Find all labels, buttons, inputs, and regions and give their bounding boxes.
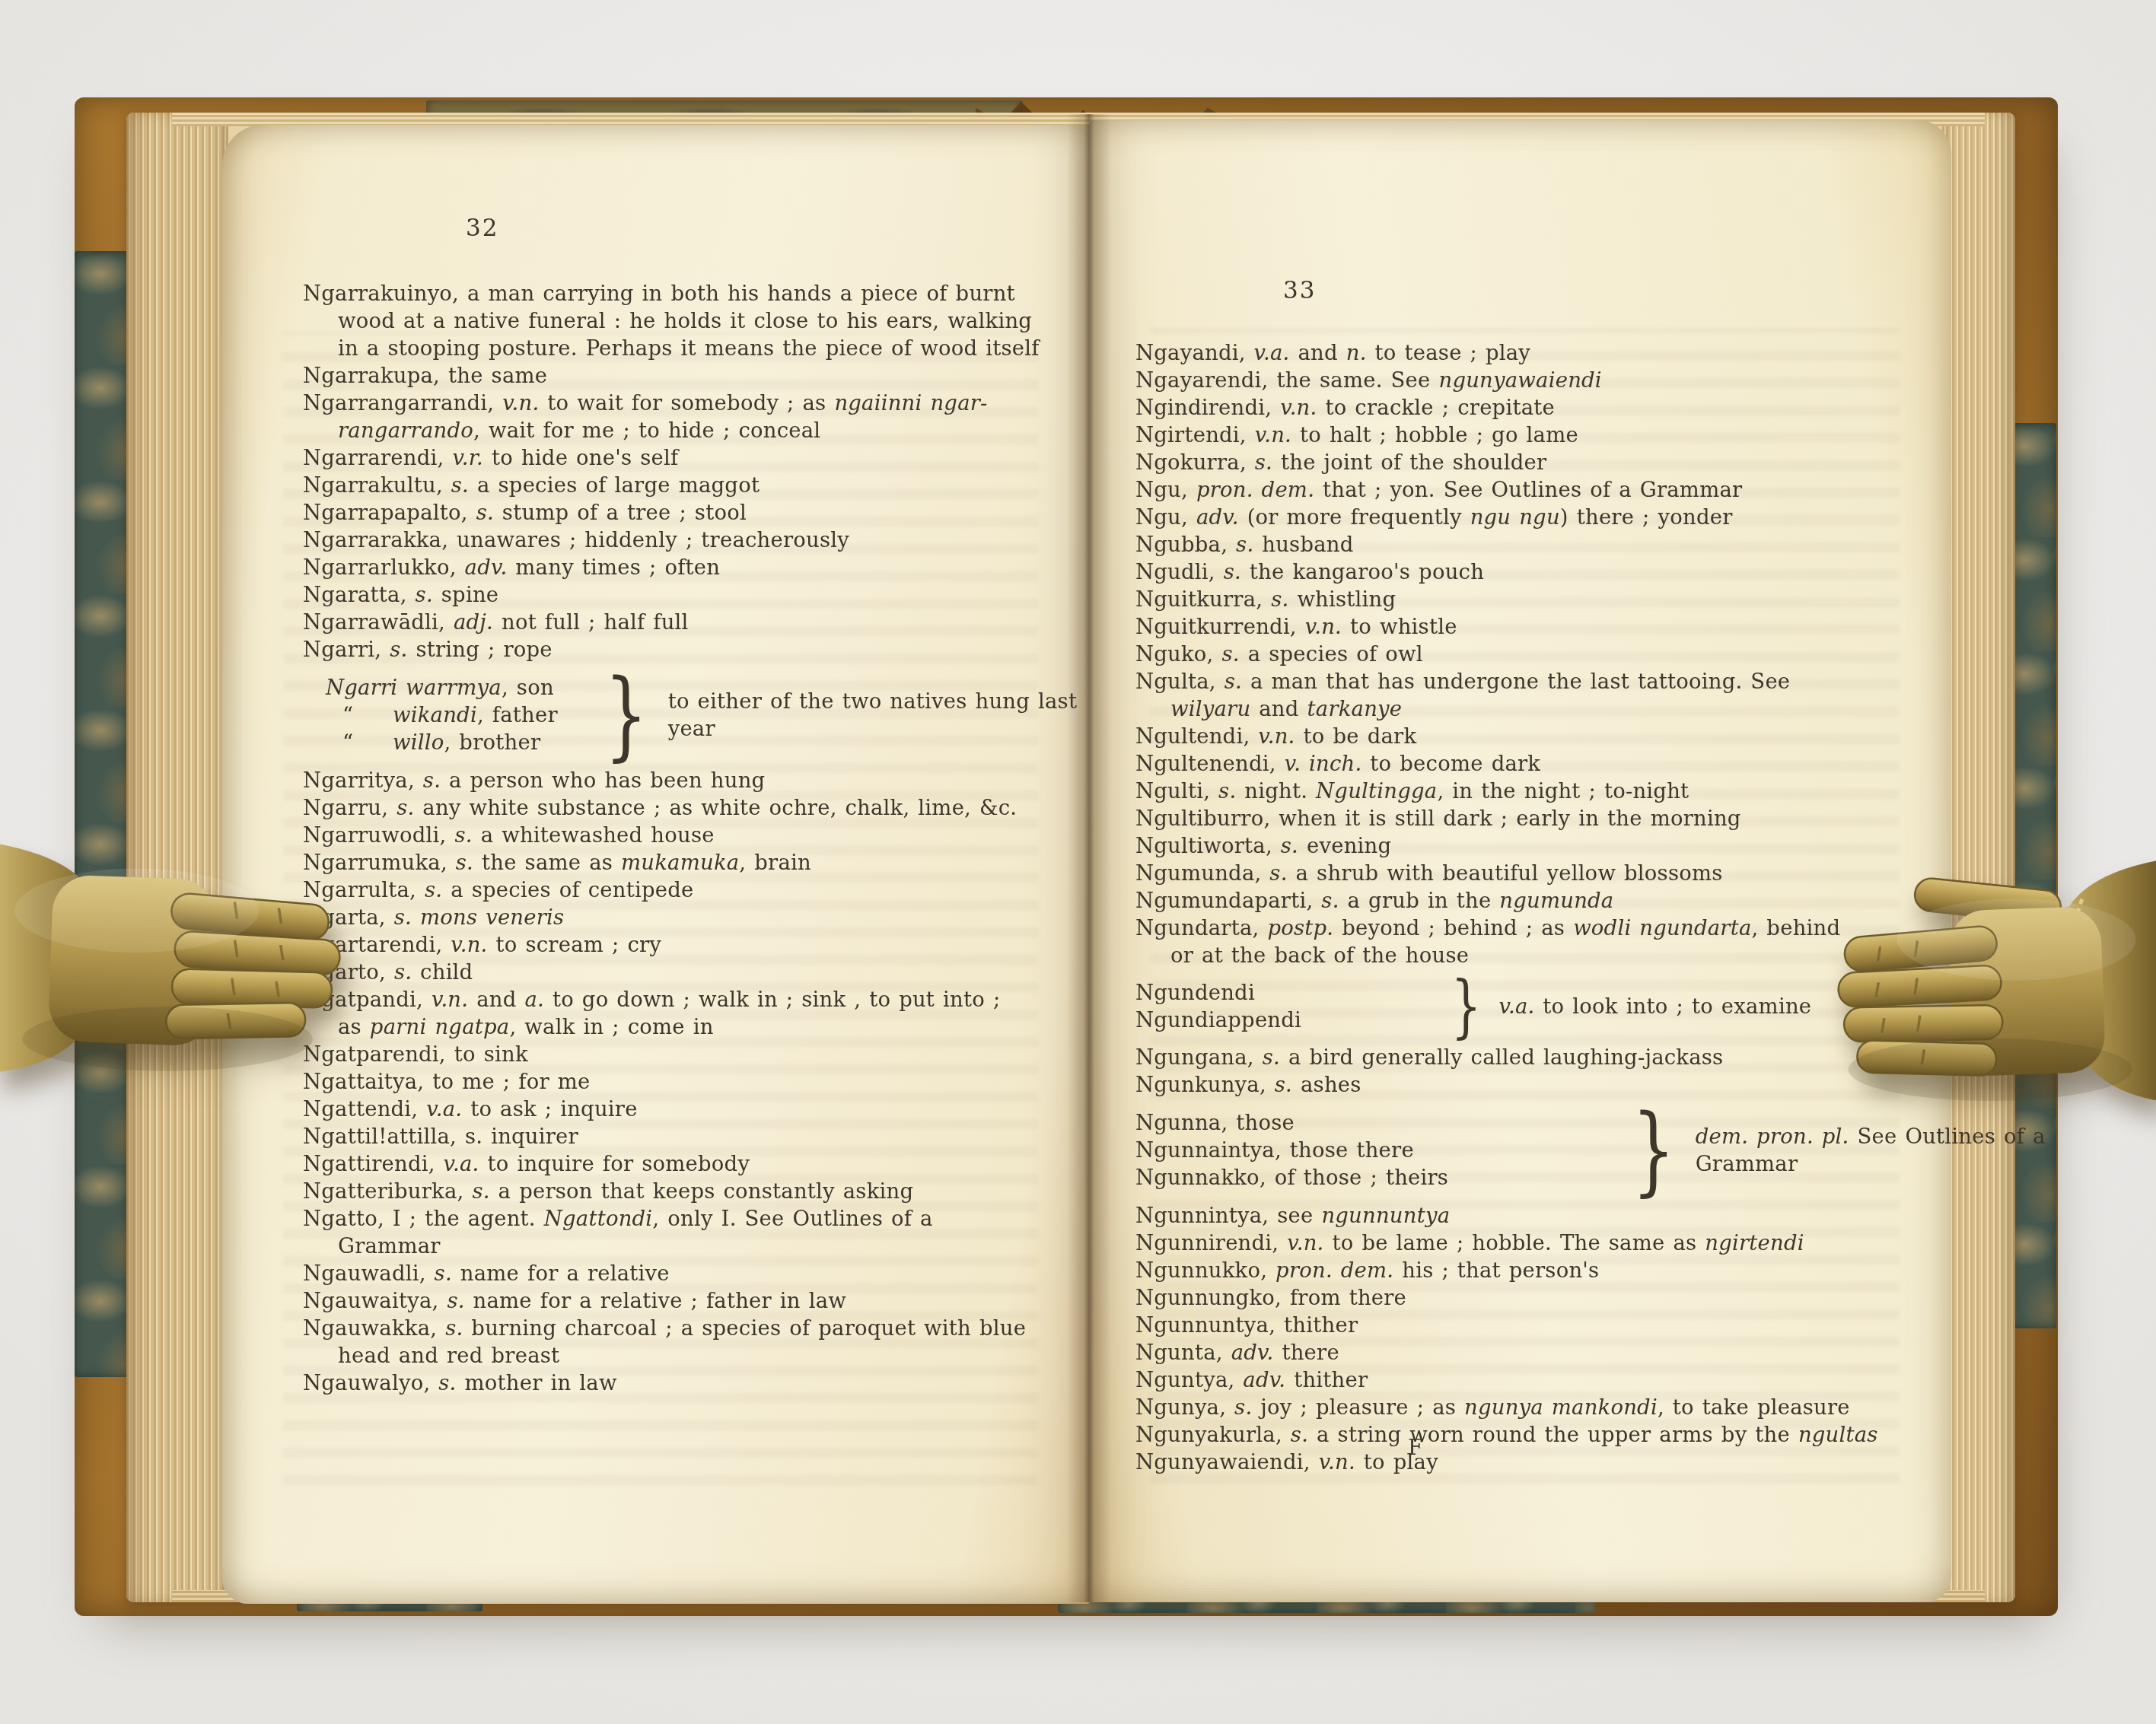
italic-text: s. <box>1321 889 1339 913</box>
dictionary-entry-line: Ngarrarlukko, adv. many times ; often <box>303 554 1026 581</box>
text: Ngauwalyo, <box>303 1371 438 1395</box>
curly-brace-icon: } <box>1632 1102 1675 1199</box>
brace-group-terms: NgundendiNgundiappendi <box>1135 979 1443 1034</box>
italic-text: a. <box>524 988 544 1012</box>
dictionary-entry-line: head and red breast <box>303 1342 1026 1369</box>
dictionary-entry-line: Ngaratta, s. spine <box>303 581 1026 609</box>
text: Nguko, <box>1135 642 1221 666</box>
text: Ngokurra, <box>1135 450 1255 475</box>
italic-text: s. <box>1263 1045 1280 1070</box>
text: not full ; half full <box>493 610 689 635</box>
dictionary-entry-line: Ngudli, s. the kangaroo's pouch <box>1135 558 1866 586</box>
text: Ngulti, <box>1135 779 1218 803</box>
italic-text: s. <box>451 473 469 498</box>
text: , wait for me ; to hide ; conceal <box>473 418 820 443</box>
italic-text: s. <box>435 1261 452 1286</box>
dictionary-entry-line: wilyaru and tarkanye <box>1135 695 1866 723</box>
dictionary-entry-line: Ngattil!attilla, s. inquirer <box>303 1123 1026 1150</box>
text: Ngudli, <box>1135 560 1224 584</box>
dictionary-entry-line: Ngarrawādli, adj. not full ; half full <box>303 609 1026 636</box>
italic-text: v.n. <box>1287 1231 1323 1255</box>
italic-text: s. <box>454 823 472 848</box>
text: year <box>668 717 715 741</box>
dictionary-entry-line: Ngundiappendi <box>1135 1007 1443 1034</box>
text: and <box>468 988 524 1012</box>
text: Ngundendi <box>1135 981 1255 1005</box>
text: Ngarrarendi, <box>303 446 452 470</box>
text: Ngunnungko, from there <box>1135 1286 1406 1310</box>
text: Ngattil!attilla, s. inquirer <box>303 1124 578 1149</box>
italic-text: ngultas <box>1798 1423 1878 1447</box>
dictionary-entry-line: as parni ngatpa, walk in ; come in <box>303 1013 1026 1041</box>
ditto-mark: “ <box>326 729 393 756</box>
dictionary-entry-line: dem. pron. pl. See Outlines of a <box>1696 1123 2046 1150</box>
italic-text: wodli ngundarta <box>1573 916 1751 940</box>
italic-text: s. <box>1221 642 1239 666</box>
text: , brain <box>739 851 811 875</box>
text: Ngayarendi, the same. See <box>1135 368 1438 393</box>
text: Ngarru, <box>303 796 396 820</box>
italic-text: adv. <box>1196 505 1239 530</box>
italic-text: ngunyawaiendi <box>1438 368 1601 393</box>
text: the joint of the shoulder <box>1272 450 1546 475</box>
text: Ngumundaparti, <box>1135 889 1321 913</box>
italic-text: parni ngatpa <box>370 1015 510 1039</box>
dictionary-entry-line: Ngu, adv. (or more frequently ngu ngu) t… <box>1135 504 1866 531</box>
brace-group-definition: to either of the two natives hung lastye… <box>659 688 1078 743</box>
dictionary-entry-line: Nguitkurra, s. whistling <box>1135 586 1866 613</box>
dictionary-entry-line: Ngarri, s. string ; rope <box>303 636 1026 663</box>
dictionary-entry-line: Ngarruwodli, s. a whitewashed house <box>303 822 1026 849</box>
dictionary-entry-line: Ngarri warrmya, son <box>326 674 594 701</box>
italic-text: s. <box>396 796 414 820</box>
dictionary-entry-line: Ngatteriburka, s. a person that keeps co… <box>303 1178 1026 1205</box>
text: Ngunna, those <box>1135 1111 1295 1135</box>
dictionary-entry-line: Ngatto, I ; the agent. Ngattondi, only I… <box>303 1205 1026 1233</box>
italic-text: s. <box>1224 560 1241 584</box>
italic-text: Ngarri warrmya <box>326 676 502 700</box>
text: Grammar <box>338 1234 441 1258</box>
dictionary-entry-line: wood at a native funeral : he holds it c… <box>303 307 1026 335</box>
text: child <box>412 960 473 984</box>
dictionary-entry-line: Ngumunda, s. a shrub with beautiful yell… <box>1135 860 1866 887</box>
text: Ngirtendi, <box>1135 423 1255 447</box>
dictionary-entry-line: Ngunyakurla, s. a string worn round the … <box>1135 1421 1866 1449</box>
italic-text: s. <box>438 1371 456 1395</box>
text: Ngunnirendi, <box>1135 1231 1287 1255</box>
right-page-text-block: Ngayandi, v.a. and n. to tease ; playNga… <box>1135 339 1866 1476</box>
dictionary-entry-line: Ngayandi, v.a. and n. to tease ; play <box>1135 339 1866 367</box>
dictionary-entry-line: Ngu, pron. dem. that ; yon. See Outlines… <box>1135 476 1866 504</box>
text: a person who has been hung <box>441 768 765 793</box>
italic-text: adj. <box>454 610 493 635</box>
italic-text: s. <box>476 501 494 525</box>
text: there <box>1273 1341 1339 1365</box>
dictionary-entry-line: rangarrando, wait for me ; to hide ; con… <box>303 417 1026 444</box>
dictionary-entry-line: Ngunnungko, from there <box>1135 1284 1866 1312</box>
text: Ngunnintya, see <box>1135 1204 1321 1228</box>
dictionary-entry-line: Ngundarta, postp. beyond ; behind ; as w… <box>1135 914 1866 942</box>
text: Nguitkurra, <box>1135 587 1271 612</box>
text: Ngundiappendi <box>1135 1008 1301 1032</box>
brace-group: Ngunna, thoseNgunnaintya, those thereNgu… <box>1135 1102 1866 1199</box>
dictionary-entry-line: Ngarritya, s. a person who has been hung <box>303 767 1026 794</box>
text: a person that keeps constantly asking <box>490 1179 914 1204</box>
italic-text: s. <box>1234 1395 1252 1420</box>
italic-text: postp. <box>1267 916 1333 940</box>
text: Ngultiburro, when it is still dark ; ear… <box>1135 806 1741 831</box>
dictionary-entry-line: Grammar <box>1696 1150 2046 1178</box>
text: Ngarrapapalto, <box>303 501 476 525</box>
dictionary-entry-line: Ngarrakupa, the same <box>303 362 1026 390</box>
italic-text: s. <box>390 638 407 662</box>
text: many times ; often <box>507 555 720 580</box>
dictionary-entry-line: Ngultenendi, v. inch. to become dark <box>1135 750 1866 778</box>
text: husband <box>1253 533 1353 557</box>
dictionary-entry-line: year <box>668 715 1078 743</box>
dictionary-entry-line: Ngartarendi, v.n. to scream ; cry <box>303 931 1026 959</box>
italic-text: mukamuka <box>621 851 739 875</box>
italic-text: ngaiinni ngar- <box>834 391 987 415</box>
dictionary-entry-line: “wikandi, father <box>326 701 594 729</box>
italic-text: adv. <box>1243 1368 1285 1392</box>
book-gutter <box>1067 114 1111 1602</box>
text: in a stooping posture. Perhaps it means … <box>338 336 1040 361</box>
text: Ngarritya, <box>303 768 423 793</box>
text: to go down ; walk in ; sink , to put int… <box>544 988 1000 1012</box>
italic-text: willo <box>393 730 444 755</box>
text: Ngauwadli, <box>303 1261 435 1286</box>
italic-text: ngirtendi <box>1705 1231 1804 1255</box>
dictionary-entry-line: to either of the two natives hung last <box>668 688 1078 715</box>
italic-text: s. <box>425 878 442 902</box>
text: Ngarrakultu, <box>303 473 451 498</box>
text: or at the back of the house <box>1170 943 1469 968</box>
dictionary-entry-line: Ngunyawaiendi, v.n. to play <box>1135 1449 1866 1476</box>
dictionary-entry-line: Ngunnirendi, v.n. to be lame ; hobble. T… <box>1135 1229 1866 1257</box>
dictionary-entry-line: Ngunta, adv. there <box>1135 1339 1866 1366</box>
text: night. <box>1236 779 1316 803</box>
dictionary-entry-line: Nguitkurrendi, v.n. to whistle <box>1135 613 1866 641</box>
text: to hide one's self <box>483 446 678 470</box>
italic-text: adv. <box>465 555 508 580</box>
text: , in the night ; to-night <box>1437 779 1689 803</box>
dictionary-entry-line: Ngauwaitya, s. name for a relative ; fat… <box>303 1287 1026 1315</box>
text: to look into ; to examine <box>1534 994 1811 1019</box>
italic-text: s. <box>1271 587 1288 612</box>
page-number-33: 33 <box>1283 277 1316 304</box>
text: thither <box>1285 1368 1368 1392</box>
dictionary-entry-line: Ngulti, s. night. Ngultingga, in the nig… <box>1135 778 1866 805</box>
italic-text: s. <box>456 851 473 875</box>
italic-text: ngumunda <box>1499 889 1613 913</box>
text: Ngunnakko, of those ; theirs <box>1135 1166 1448 1190</box>
italic-text: pron. dem. <box>1196 478 1314 502</box>
text: a species of large maggot <box>469 473 760 498</box>
italic-text: v.n. <box>1319 1450 1355 1474</box>
dictionary-entry-line: Ngunnukko, pron. dem. his ; that person'… <box>1135 1257 1866 1284</box>
text: Ngunya, <box>1135 1395 1234 1420</box>
text: Ngayandi, <box>1135 341 1254 365</box>
text: to crackle ; crepitate <box>1317 396 1555 420</box>
italic-text: Ngultingga <box>1316 779 1437 803</box>
marbled-board-left-edge <box>75 251 134 1377</box>
dictionary-entry-line: Ngundendi <box>1135 979 1443 1007</box>
text: and <box>1290 341 1346 365</box>
dictionary-entry-line: Ngattirendi, v.a. to inquire for somebod… <box>303 1150 1026 1178</box>
text: Ngunkunya, <box>1135 1073 1275 1097</box>
text: a bird generally called laughing-jackass <box>1280 1045 1723 1070</box>
text: beyond ; behind ; as <box>1333 916 1573 940</box>
italic-text: s. <box>394 960 412 984</box>
text: the same as <box>473 851 621 875</box>
italic-text: n. <box>1346 341 1367 365</box>
text: to become dark <box>1361 752 1540 776</box>
text: Ngarrangarrandi, <box>303 391 502 415</box>
dictionary-entry-line: Nguko, s. a species of owl <box>1135 641 1866 668</box>
italic-text: wilyaru <box>1170 697 1250 721</box>
text: to scream ; cry <box>488 933 662 957</box>
dictionary-entry-line: Ngultiburro, when it is still dark ; ear… <box>1135 805 1866 832</box>
dictionary-entry-line: Nguntya, adv. thither <box>1135 1366 1866 1394</box>
dictionary-entry-line: Ngarrumuka, s. the same as mukamuka, bra… <box>303 849 1026 876</box>
dictionary-entry-line: v.a. to look into ; to examine <box>1498 993 1811 1020</box>
text: Ngultendi, <box>1135 724 1258 749</box>
italic-text: s. <box>423 768 441 793</box>
text: Ngauwaitya, <box>303 1289 447 1313</box>
text: , only I. See Outlines of a <box>652 1207 932 1231</box>
dictionary-entry-line: Ngarrarakka, unawares ; hiddenly ; treac… <box>303 526 1026 554</box>
text: and <box>1250 697 1307 721</box>
italic-text: rangarrando <box>338 418 473 443</box>
dictionary-entry-line: Ngarrakultu, s. a species of large maggo… <box>303 472 1026 499</box>
dictionary-entry-line: Ngarrangarrandi, v.n. to wait for somebo… <box>303 390 1026 417</box>
curly-brace-icon: } <box>604 666 648 764</box>
italic-text: v.a. <box>1498 994 1534 1019</box>
text: , behind <box>1751 916 1840 940</box>
dictionary-entry-line: Ngunnintya, see ngunnuntya <box>1135 1202 1866 1229</box>
italic-text: tarkanye <box>1307 697 1403 721</box>
dictionary-entry-line: Ngattendi, v.a. to ask ; inquire <box>303 1096 1026 1123</box>
text: , brother <box>444 730 540 755</box>
dictionary-entry-line: Ngarrulta, s. a species of centipede <box>303 876 1026 904</box>
text: the kangaroo's pouch <box>1241 560 1484 584</box>
text: Nguntya, <box>1135 1368 1243 1392</box>
text: any white substance ; as white ochre, ch… <box>414 796 1017 820</box>
text: Ngarrakupa, the same <box>303 364 547 388</box>
text: Ngundarta, <box>1135 916 1267 940</box>
ditto-mark: “ <box>326 701 393 729</box>
dictionary-entry-line: Ngauwalyo, s. mother in law <box>303 1369 1026 1397</box>
text: evening <box>1298 834 1391 858</box>
italic-text: s. <box>1291 1423 1308 1447</box>
dictionary-entry-line: Ngarru, s. any white substance ; as whit… <box>303 794 1026 822</box>
dictionary-entry-line: Ngultiworta, s. evening <box>1135 832 1866 860</box>
italic-text: Ngattondi <box>544 1207 653 1231</box>
book-photograph: 32 33 F Ngarrakuinyo, a man carrying in … <box>0 0 2156 1724</box>
dictionary-entry-line: Ngatparendi, to sink <box>303 1041 1026 1068</box>
dictionary-entry-line: Ngarto, s. child <box>303 959 1026 986</box>
italic-text: ngunnuntya <box>1321 1204 1450 1228</box>
italic-text: s. mons veneris <box>394 905 565 930</box>
text: Ngarrarlukko, <box>303 555 465 580</box>
dictionary-entry-line: Ngunnuntya, thither <box>1135 1312 1866 1339</box>
text: stump of a tree ; stool <box>494 501 747 525</box>
text: , walk in ; come in <box>509 1015 713 1039</box>
text: , father <box>477 703 558 727</box>
dictionary-entry-line: Ngatpandi, v.n. and a. to go down ; walk… <box>303 986 1026 1013</box>
text: Ngarrawādli, <box>303 610 454 635</box>
text: Ngattirendi, <box>303 1152 444 1176</box>
dictionary-entry-line: Grammar <box>303 1233 1026 1260</box>
dictionary-entry-line: Ngulta, s. a man that has undergone the … <box>1135 668 1866 695</box>
text: Ngauwakka, <box>303 1316 445 1341</box>
text: Ngubba, <box>1135 533 1236 557</box>
text: Ngulta, <box>1135 670 1224 694</box>
dictionary-entry-line: Ngauwakka, s. burning charcoal ; a speci… <box>303 1315 1026 1342</box>
text: to halt ; hobble ; go lame <box>1291 423 1578 447</box>
brace-group: Ngarri warrmya, son“wikandi, father“will… <box>303 666 1026 764</box>
italic-text: v.a. <box>426 1097 462 1121</box>
text: (or more frequently <box>1239 505 1470 530</box>
text: Ngatto, I ; the agent. <box>303 1207 544 1231</box>
text: See Outlines of a <box>1849 1124 2046 1149</box>
dictionary-entry-line: Ngokurra, s. the joint of the shoulder <box>1135 449 1866 476</box>
brass-hand-left-icon <box>0 820 347 1073</box>
dictionary-entry-line: “willo, brother <box>326 729 594 756</box>
italic-text: v.r. <box>452 446 483 470</box>
brace-group: NgundendiNgundiappendi}v.a. to look into… <box>1135 972 1866 1041</box>
text: ) there ; yonder <box>1560 505 1733 530</box>
text: Ngu, <box>1135 478 1196 502</box>
italic-text: s. <box>1218 779 1236 803</box>
text: to either of the two natives hung last <box>668 689 1078 714</box>
text: a grub in the <box>1339 889 1500 913</box>
text: Ngunyawaiendi, <box>1135 1450 1319 1474</box>
italic-text: s. <box>1236 533 1253 557</box>
text: Grammar <box>1696 1152 1798 1176</box>
italic-text: v.n. <box>1280 396 1317 420</box>
dictionary-entry-line: Ngarrarendi, v.r. to hide one's self <box>303 444 1026 472</box>
dictionary-entry-line: Ngattaitya, to me ; for me <box>303 1068 1026 1096</box>
text: spine <box>433 583 498 607</box>
text: to wait for somebody ; as <box>539 391 834 415</box>
dictionary-entry-line: Ngindirendi, v.n. to crackle ; crepitate <box>1135 394 1866 421</box>
italic-text: v.n. <box>1305 615 1342 639</box>
text: Nguitkurrendi, <box>1135 615 1305 639</box>
italic-text: s. <box>447 1289 464 1313</box>
dictionary-entry-line: Ngultendi, v.n. to be dark <box>1135 723 1866 750</box>
page-number-32: 32 <box>466 215 498 242</box>
text: ashes <box>1292 1073 1361 1097</box>
text: Ngarri, <box>303 638 390 662</box>
text: a string worn round the upper arms by th… <box>1308 1423 1798 1447</box>
dictionary-entry-line: Ngarrakuinyo, a man carrying in both his… <box>303 280 1026 307</box>
text: Ngunta, <box>1135 1341 1231 1365</box>
dictionary-entry-line: Ngayarendi, the same. See ngunyawaiendi <box>1135 367 1866 394</box>
italic-text: s. <box>1269 861 1287 886</box>
text: , son <box>502 676 554 700</box>
italic-text: s. <box>1275 1073 1292 1097</box>
curly-brace-icon: } <box>1451 972 1482 1041</box>
text: Ngindirendi, <box>1135 396 1280 420</box>
italic-text: ngu ngu <box>1470 505 1560 530</box>
text: to be lame ; hobble. The same as <box>1324 1231 1705 1255</box>
italic-text: s. <box>416 583 433 607</box>
dictionary-entry-line: Ngungana, s. a bird generally called lau… <box>1135 1044 1866 1071</box>
text: to inquire for somebody <box>479 1152 750 1176</box>
text: a species of centipede <box>442 878 693 902</box>
italic-text: dem. pron. pl. <box>1696 1124 1849 1149</box>
dictionary-entry-line: Ngunnaintya, those there <box>1135 1137 1621 1164</box>
brace-group-terms: Ngunna, thoseNgunnaintya, those thereNgu… <box>1135 1109 1621 1191</box>
italic-text: v.a. <box>444 1152 479 1176</box>
text: Ngunnuntya, thither <box>1135 1313 1358 1338</box>
text: string ; rope <box>408 638 553 662</box>
dictionary-entry-line: in a stooping posture. Perhaps it means … <box>303 335 1026 362</box>
italic-text: v.n. <box>502 391 539 415</box>
italic-text: v. inch. <box>1285 752 1362 776</box>
text: Ngultenendi, <box>1135 752 1285 776</box>
text: , to take pleasure <box>1658 1395 1850 1420</box>
text: a man that has undergone the last tattoo… <box>1242 670 1790 694</box>
text: that ; yon. See Outlines of a Grammar <box>1314 478 1742 502</box>
italic-text: v.n. <box>1258 724 1295 749</box>
italic-text: s. <box>1255 450 1272 475</box>
brace-group-definition: v.a. to look into ; to examine <box>1489 993 1811 1020</box>
text: Ngultiworta, <box>1135 834 1281 858</box>
italic-text: wikandi <box>393 703 477 727</box>
text: name for a relative ; father in law <box>465 1289 846 1313</box>
text: Ngungana, <box>1135 1045 1263 1070</box>
brass-hand-right-icon <box>1830 837 2156 1114</box>
text: Ngaratta, <box>303 583 416 607</box>
italic-text: v.n. <box>432 988 468 1012</box>
brace-group-terms: Ngarri warrmya, son“wikandi, father“will… <box>303 674 594 756</box>
text: head and red breast <box>338 1344 559 1368</box>
italic-text: adv. <box>1231 1341 1274 1365</box>
text: a shrub with beautiful yellow blossoms <box>1288 861 1723 886</box>
text: to be dark <box>1295 724 1417 749</box>
italic-text: s. <box>445 1316 463 1341</box>
dictionary-entry-line: Ngumundaparti, s. a grub in the ngumunda <box>1135 887 1866 914</box>
brace-group-definition: dem. pron. pl. See Outlines of aGrammar <box>1686 1123 2046 1178</box>
text: Ngunnaintya, those there <box>1135 1138 1414 1163</box>
text: mother in law <box>457 1371 617 1395</box>
italic-text: pron. dem. <box>1275 1258 1393 1283</box>
text: to tease ; play <box>1367 341 1530 365</box>
text: a species of owl <box>1240 642 1423 666</box>
dictionary-entry-line: or at the back of the house <box>1135 942 1866 969</box>
text: Ngumunda, <box>1135 861 1269 886</box>
text: Ngattaitya, to me ; for me <box>303 1070 590 1094</box>
dictionary-entry-line: Ngarrapapalto, s. stump of a tree ; stoo… <box>303 499 1026 526</box>
text: whistling <box>1288 587 1396 612</box>
text: Ngattendi, <box>303 1097 426 1121</box>
left-page-text-block: Ngarrakuinyo, a man carrying in both his… <box>303 280 1026 1397</box>
dictionary-entry-line: Ngunnakko, of those ; theirs <box>1135 1164 1621 1191</box>
text: Ngatteriburka, <box>303 1179 472 1204</box>
italic-text: s. <box>1224 670 1242 694</box>
italic-text: v.n. <box>1255 423 1291 447</box>
dictionary-entry-line: Ngunya, s. joy ; pleasure ; as ngunya ma… <box>1135 1394 1866 1421</box>
italic-text: s. <box>472 1179 489 1204</box>
text: burning charcoal ; a species of paroquet… <box>463 1316 1026 1341</box>
dictionary-entry-line: Ngarta, s. mons veneris <box>303 904 1026 931</box>
italic-text: s. <box>1281 834 1298 858</box>
dictionary-entry-line: Ngirtendi, v.n. to halt ; hobble ; go la… <box>1135 421 1866 449</box>
dictionary-entry-line: Ngunna, those <box>1135 1109 1621 1137</box>
